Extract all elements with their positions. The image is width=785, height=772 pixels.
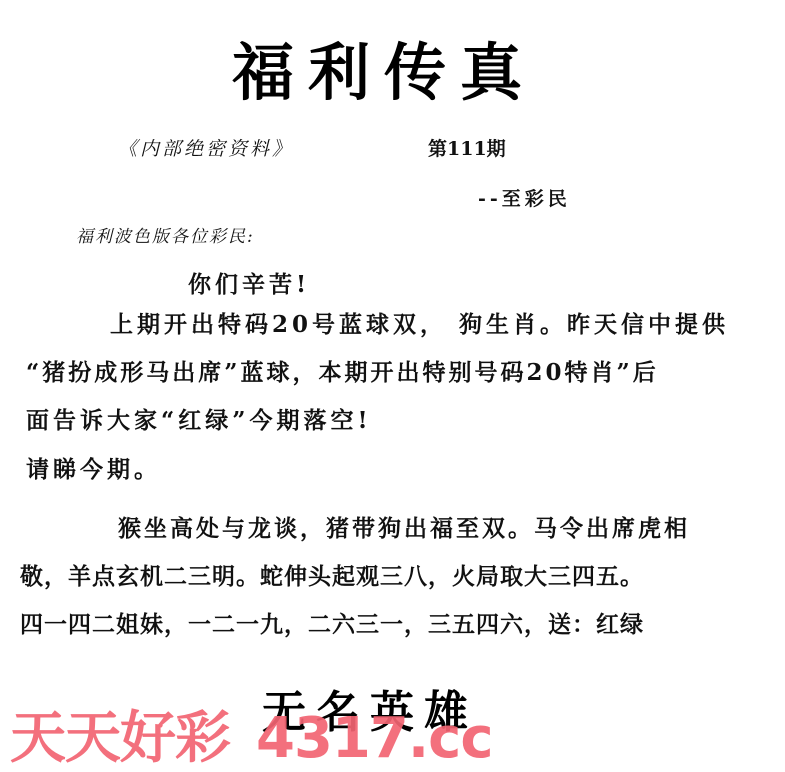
watermark-domain: 4317.cc [256, 706, 493, 771]
greeting: 福利波色版各位彩民: [76, 222, 255, 247]
body-line: 四一四二姐妹，一二一九，二六三一，三五四六，送：红绿 [20, 610, 644, 640]
body-line: 你们辛苦! [188, 270, 310, 300]
document-subtitle: 《内部绝密资料》 [118, 134, 294, 161]
issue-number: 第111期 [428, 134, 506, 161]
signature: --至彩民 [478, 184, 571, 211]
body-line: 上期开出特码20号蓝球双， 狗生肖。昨天信中提供 [110, 310, 729, 340]
body-line: 猴坐高处与龙谈，猪带狗出福至双。马令出席虎相 [118, 514, 690, 544]
body-line: 面告诉大家“红绿”今期落空! [26, 406, 372, 436]
watermark-text: 天天好彩 [10, 706, 230, 771]
watermark: 天天好彩4317.cc [10, 694, 493, 772]
document-title: 福利传真 [232, 38, 536, 108]
body-line: 请睇今期。 [26, 455, 161, 485]
body-line: “猪扮成形马出席”蓝球，本期开出特别号码20特肖”后 [26, 358, 659, 388]
body-line: 敬，羊点玄机二三明。蛇伸头起观三八，火局取大三四五。 [20, 562, 644, 592]
